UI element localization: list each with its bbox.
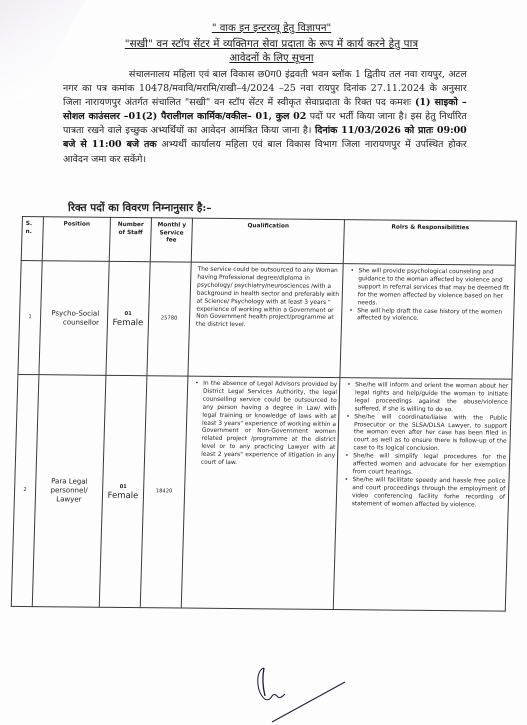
table-header-row: S. n. Position Number of Staff Monthl y … xyxy=(21,217,516,266)
signature-icon xyxy=(250,660,350,725)
header-fee: Monthl y Service fee xyxy=(150,218,192,262)
cell-position: Para Legal personnel/ Lawyer xyxy=(32,375,106,608)
table-row: 2 Para Legal personnel/ Lawyer 01 Female… xyxy=(11,374,512,611)
cell-qualification: In the absence of Legal Advisors provide… xyxy=(181,376,340,609)
role-item: She/he will coordinate/liaise with the P… xyxy=(353,414,507,455)
header-qualification: Qualification xyxy=(191,218,344,263)
cell-roles: She will provide psychological counselin… xyxy=(340,264,515,380)
cell-staff: 01 Female xyxy=(99,375,147,607)
staff-gender: Female xyxy=(106,490,140,500)
qualification-item: In the absence of Legal Advisors provide… xyxy=(201,381,337,469)
vacancy-table-wrapper: S. n. Position Number of Staff Monthl y … xyxy=(11,216,516,611)
role-item: She will help draft the case history of … xyxy=(357,308,510,325)
header-sn: S. n. xyxy=(21,217,43,261)
notice-body-paragraph: संचालनालय महिला एवं बाल विकास छ0ग0 इंद्र… xyxy=(63,68,467,167)
role-item: She/he will inform and orient the woman … xyxy=(354,382,508,415)
body-text-1: संचालनालय महिला एवं बाल विकास छ0ग0 इंद्र… xyxy=(63,69,467,108)
notice-subheading: "सखी" वन स्टॉप सेंटर में व्यक्तिगत सेवा … xyxy=(8,38,527,50)
cell-fee: 25780 xyxy=(147,262,191,376)
table-row: 1 Psycho-Social counsellor 01 Female 257… xyxy=(18,260,515,379)
cell-fee: 18420 xyxy=(140,376,188,608)
staff-gender: Female xyxy=(111,317,145,327)
vacancy-table-heading: रिक्त पदों का विवरण निम्नानुसार है:– xyxy=(68,202,212,215)
roles-list: She will provide psychological counselin… xyxy=(348,268,512,325)
qualification-list: In the absence of Legal Advisors provide… xyxy=(192,381,337,469)
notice-subheading-2: आवेदनों के लिए सूचना xyxy=(8,53,527,65)
role-item: She/he will facilitate speedy and hassle… xyxy=(352,477,506,510)
roles-list: She/he will inform and orient the woman … xyxy=(343,382,509,510)
walk-in-interview-heading: " वाक इन इन्टरव्यू हेतु विज्ञापन" xyxy=(8,23,527,35)
cell-position: Psycho-Social counsellor xyxy=(39,261,109,376)
header-roles: Rolrs & Responsibilities xyxy=(343,220,516,266)
cell-roles: She/he will inform and orient the woman … xyxy=(333,378,512,612)
vacancy-table: S. n. Position Number of Staff Monthl y … xyxy=(11,216,517,612)
scanned-document-page: " वाक इन इन्टरव्यू हेतु विज्ञापन" "सखी" … xyxy=(0,0,527,725)
cell-staff: 01 Female xyxy=(106,261,150,375)
cell-qualification: The service could be outsourced to any W… xyxy=(188,262,343,377)
role-item: She/he will simplify legal procedures fo… xyxy=(353,453,507,478)
role-item: She will provide psychological counselin… xyxy=(357,268,511,309)
header-staff: Number of Staff xyxy=(109,217,151,261)
header-position: Position xyxy=(42,217,110,262)
